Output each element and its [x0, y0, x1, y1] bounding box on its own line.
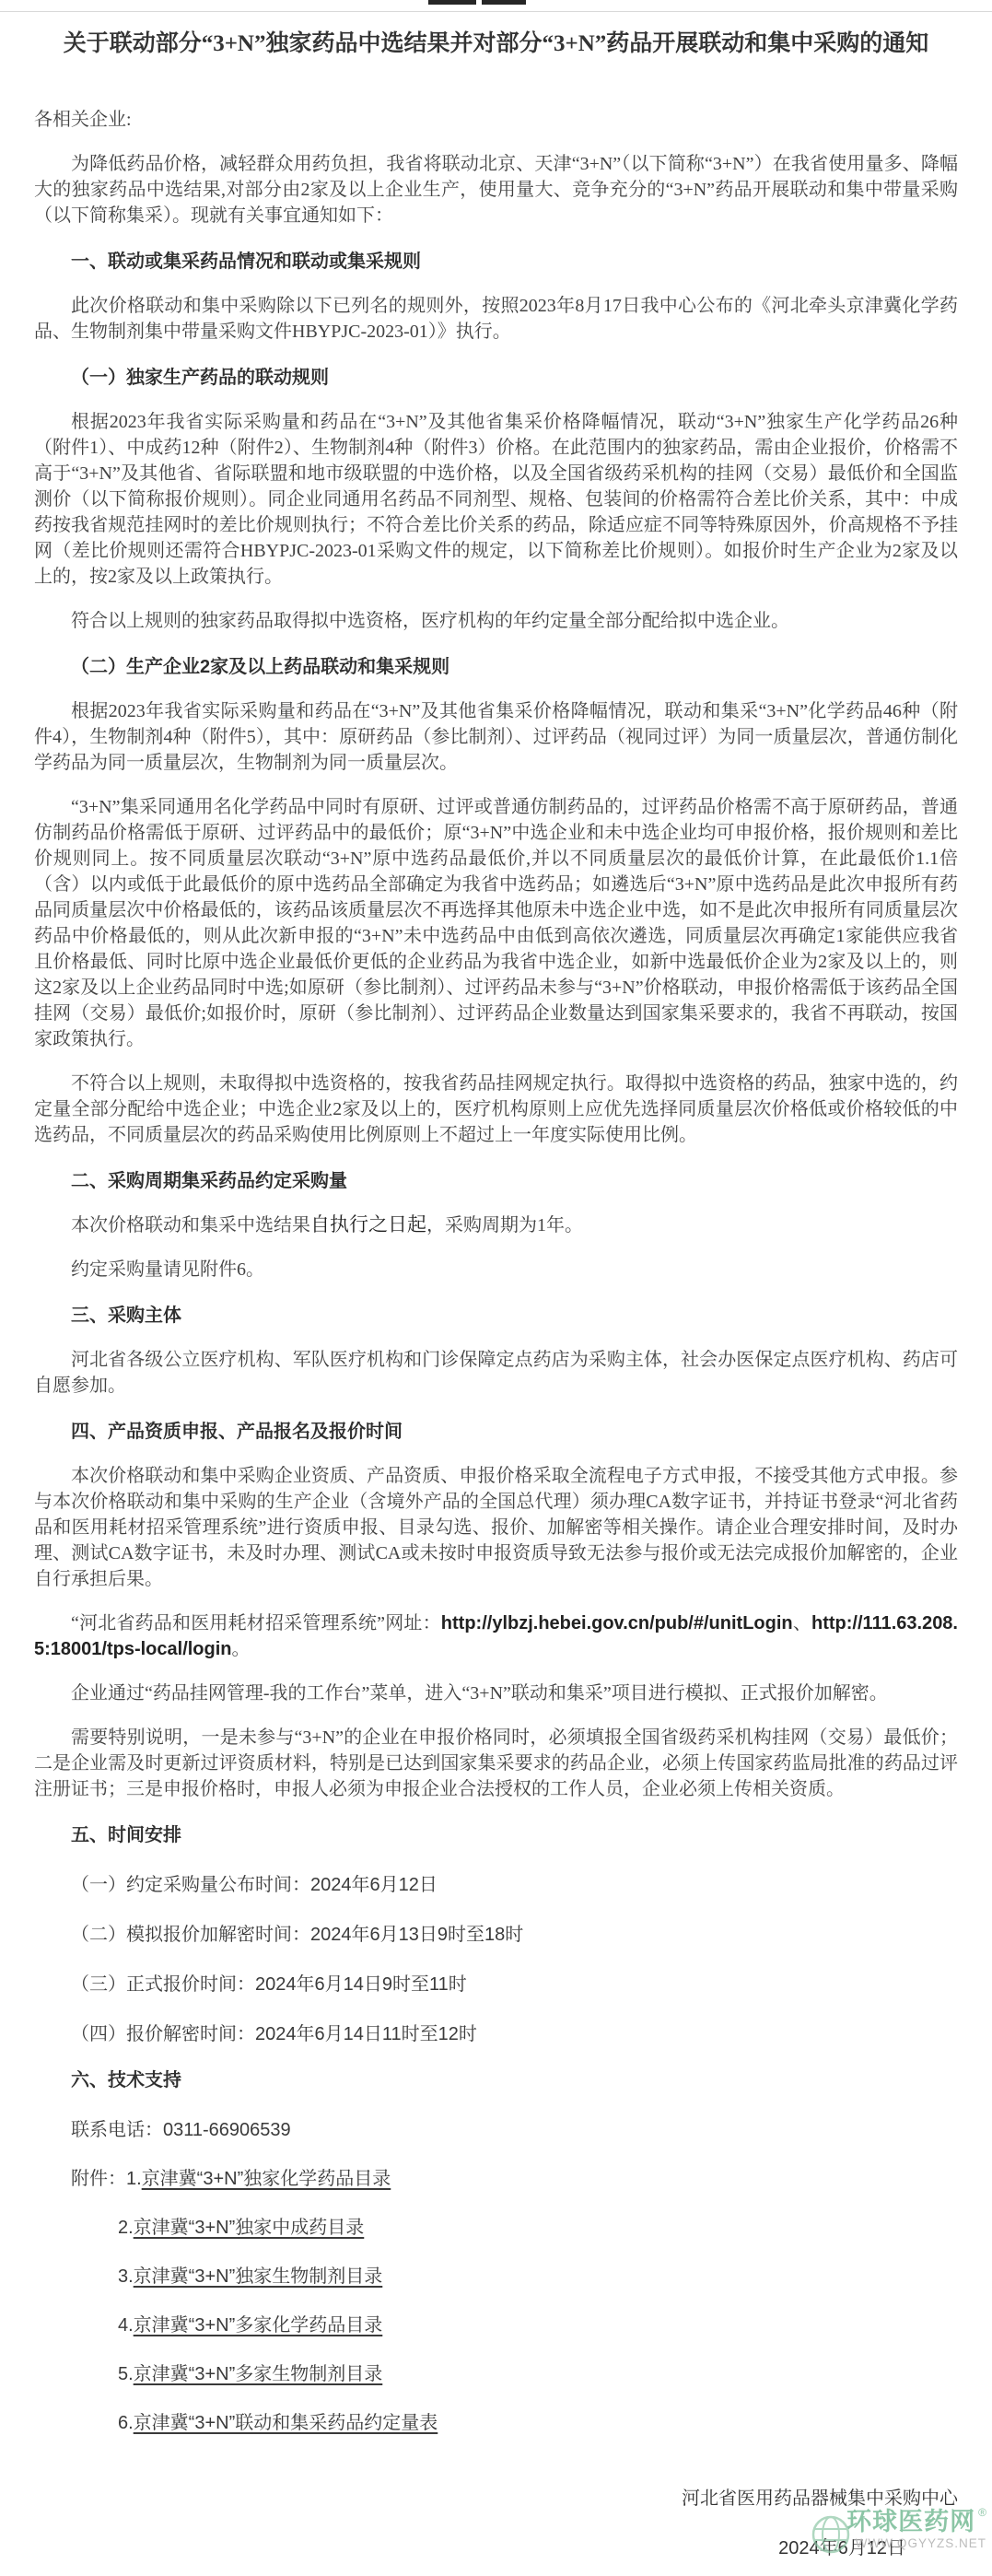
- section-6-heading: 六、技术支持: [34, 2067, 958, 2093]
- section-2-paragraph-1-suffix: ，采购周期为1年。: [426, 1215, 583, 1235]
- section-1-sub-2-paragraph-1: 根据2023年我省实际采购量和药品在“3+N”及其他省集采价格降幅情况，联动和集…: [34, 698, 958, 776]
- section-5-heading: 五、时间安排: [34, 1822, 958, 1848]
- section-1-sub-2-paragraph-3: 不符合以上规则，未取得拟中选资格的，按我省药品挂网规定执行。取得拟中选资格的药品…: [34, 1071, 958, 1148]
- section-4-paragraph-3: 企业通过“药品挂网管理-我的工作台”菜单，进入“3+N”联动和集采”项目进行模拟…: [34, 1680, 958, 1706]
- watermark-text: 环球医药网 ® WWW.QGYYZS.NET: [846, 2508, 986, 2550]
- schedule-item-mock-quote: （二）模拟报价加解密时间：2024年6月13日9时至18时: [34, 1922, 958, 1948]
- watermark-brand: 环球医药网: [846, 2508, 975, 2535]
- section-2-paragraph-1: 本次价格联动和集采中选结果自执行之日起，采购周期为1年。: [34, 1212, 958, 1238]
- section-2-paragraph-2: 约定采购量请见附件6。: [34, 1257, 958, 1282]
- section-3-paragraph-1: 河北省各级公立医疗机构、军队医疗机构和门诊保障定点药店为采购主体，社会办医保定点…: [34, 1347, 958, 1399]
- attachment-row-4: 4.京津冀“3+N”多家化学药品目录: [34, 2313, 958, 2338]
- cropped-top-element: [428, 0, 476, 5]
- section-4-paragraph-4: 需要特别说明，一是未参与“3+N”的企业在申报价格同时，必须填报全国省级药采机构…: [34, 1725, 958, 1802]
- notice-page: 关于联动部分“3+N”独家药品中选结果并对部分“3+N”药品开展联动和集中采购的…: [0, 0, 992, 2576]
- section-1-heading: 一、联动或集采药品情况和联动或集采规则: [34, 249, 958, 275]
- section-3-heading: 三、采购主体: [34, 1303, 958, 1329]
- url-separator: 、: [793, 1613, 811, 1633]
- schedule-item-announce-volume: （一）约定采购量公布时间：2024年6月12日: [34, 1872, 958, 1898]
- section-4-portal-urls: “河北省药品和医用耗材招采管理系统”网址：http://ylbzj.hebei.…: [34, 1610, 958, 1662]
- salutation: 各相关企业:: [34, 107, 958, 133]
- attachment-number: 1.: [126, 2169, 142, 2189]
- attachment-link-2[interactable]: 京津冀“3+N”独家中成药目录: [134, 2218, 365, 2238]
- attachment-row-5: 5.京津冀“3+N”多家生物制剂目录: [34, 2361, 958, 2387]
- section-1-sub-1-paragraph-1: 根据2023年我省实际采购量和药品在“3+N”及其他省集采价格降幅情况，联动“3…: [34, 409, 958, 590]
- section-1-intro: 此次价格联动和集中采购除以下已列名的规则外，按照2023年8月17日我中心公布的…: [34, 293, 958, 345]
- execution-date-emphasis: 自执行之日起: [310, 1214, 426, 1235]
- schedule-item-quote-decrypt: （四）报价解密时间：2024年6月14日11时至12时: [34, 2021, 958, 2047]
- attachment-number: 2.: [118, 2218, 134, 2238]
- section-1-sub-2-paragraph-2: “3+N”集采同通用名化学药品中同时有原研、过评或普通仿制药品的，过评药品价格需…: [34, 794, 958, 1052]
- attachment-number: 4.: [118, 2315, 134, 2336]
- registered-mark-icon: ®: [978, 2506, 986, 2519]
- attachment-number: 3.: [118, 2266, 134, 2287]
- attachment-link-3[interactable]: 京津冀“3+N”独家生物制剂目录: [134, 2266, 383, 2287]
- globe-icon: [810, 2513, 852, 2556]
- section-1-sub-2-heading: （二）生产企业2家及以上药品联动和集采规则: [34, 654, 958, 680]
- section-2-paragraph-1-prefix: 本次价格联动和集采中选结果: [71, 1215, 310, 1235]
- url-period: 。: [232, 1639, 251, 1659]
- attachment-link-6[interactable]: 京津冀“3+N”联动和集采药品约定量表: [134, 2413, 438, 2433]
- notice-title: 关于联动部分“3+N”独家药品中选结果并对部分“3+N”药品开展联动和集中采购的…: [34, 27, 958, 62]
- attachment-row-3: 3.京津冀“3+N”独家生物制剂目录: [34, 2264, 958, 2289]
- section-4-paragraph-1: 本次价格联动和集中采购企业资质、产品资质、申报价格采取全流程电子方式申报，不接受…: [34, 1463, 958, 1592]
- section-4-heading: 四、产品资质申报、产品报名及报价时间: [34, 1419, 958, 1445]
- attachment-number: 5.: [118, 2364, 134, 2384]
- portal-system-label: “河北省药品和医用耗材招采管理系统”网址：: [71, 1613, 441, 1633]
- attachment-row-2: 2.京津冀“3+N”独家中成药目录: [34, 2215, 958, 2241]
- notice-body: 关于联动部分“3+N”独家药品中选结果并对部分“3+N”药品开展联动和集中采购的…: [0, 27, 992, 2436]
- cropped-top-element: [482, 0, 526, 5]
- attachment-number: 6.: [118, 2413, 134, 2433]
- portal-url-1[interactable]: http://ylbzj.hebei.gov.cn/pub/#/unitLogi…: [441, 1613, 793, 1633]
- attachment-link-4[interactable]: 京津冀“3+N”多家化学药品目录: [134, 2315, 383, 2336]
- intro-paragraph: 为降低药品价格，减轻群众用药负担，我省将联动北京、天津“3+N”（以下简称“3+…: [34, 151, 958, 228]
- contact-phone: 联系电话：0311-66906539: [34, 2117, 958, 2143]
- attachment-link-1[interactable]: 京津冀“3+N”独家化学药品目录: [142, 2169, 391, 2189]
- attachment-row-1: 附件：1.京津冀“3+N”独家化学药品目录: [34, 2166, 958, 2192]
- watermark-site-url: WWW.QGYYZS.NET: [856, 2536, 986, 2550]
- site-watermark: 环球医药网 ® WWW.QGYYZS.NET: [810, 2508, 986, 2556]
- attachments-label: 附件：: [71, 2169, 126, 2189]
- attachment-link-5[interactable]: 京津冀“3+N”多家生物制剂目录: [134, 2364, 383, 2384]
- schedule-item-formal-quote: （三）正式报价时间：2024年6月14日9时至11时: [34, 1972, 958, 1997]
- section-2-heading: 二、采购周期集采药品约定采购量: [34, 1168, 958, 1194]
- attachment-row-6: 6.京津冀“3+N”联动和集采药品约定量表: [34, 2410, 958, 2436]
- top-divider: [0, 11, 992, 12]
- section-1-sub-1-heading: （一）独家生产药品的联动规则: [34, 365, 958, 391]
- section-1-sub-1-paragraph-2: 符合以上规则的独家药品取得拟中选资格，医疗机构的年约定量全部分配给拟中选企业。: [34, 608, 958, 634]
